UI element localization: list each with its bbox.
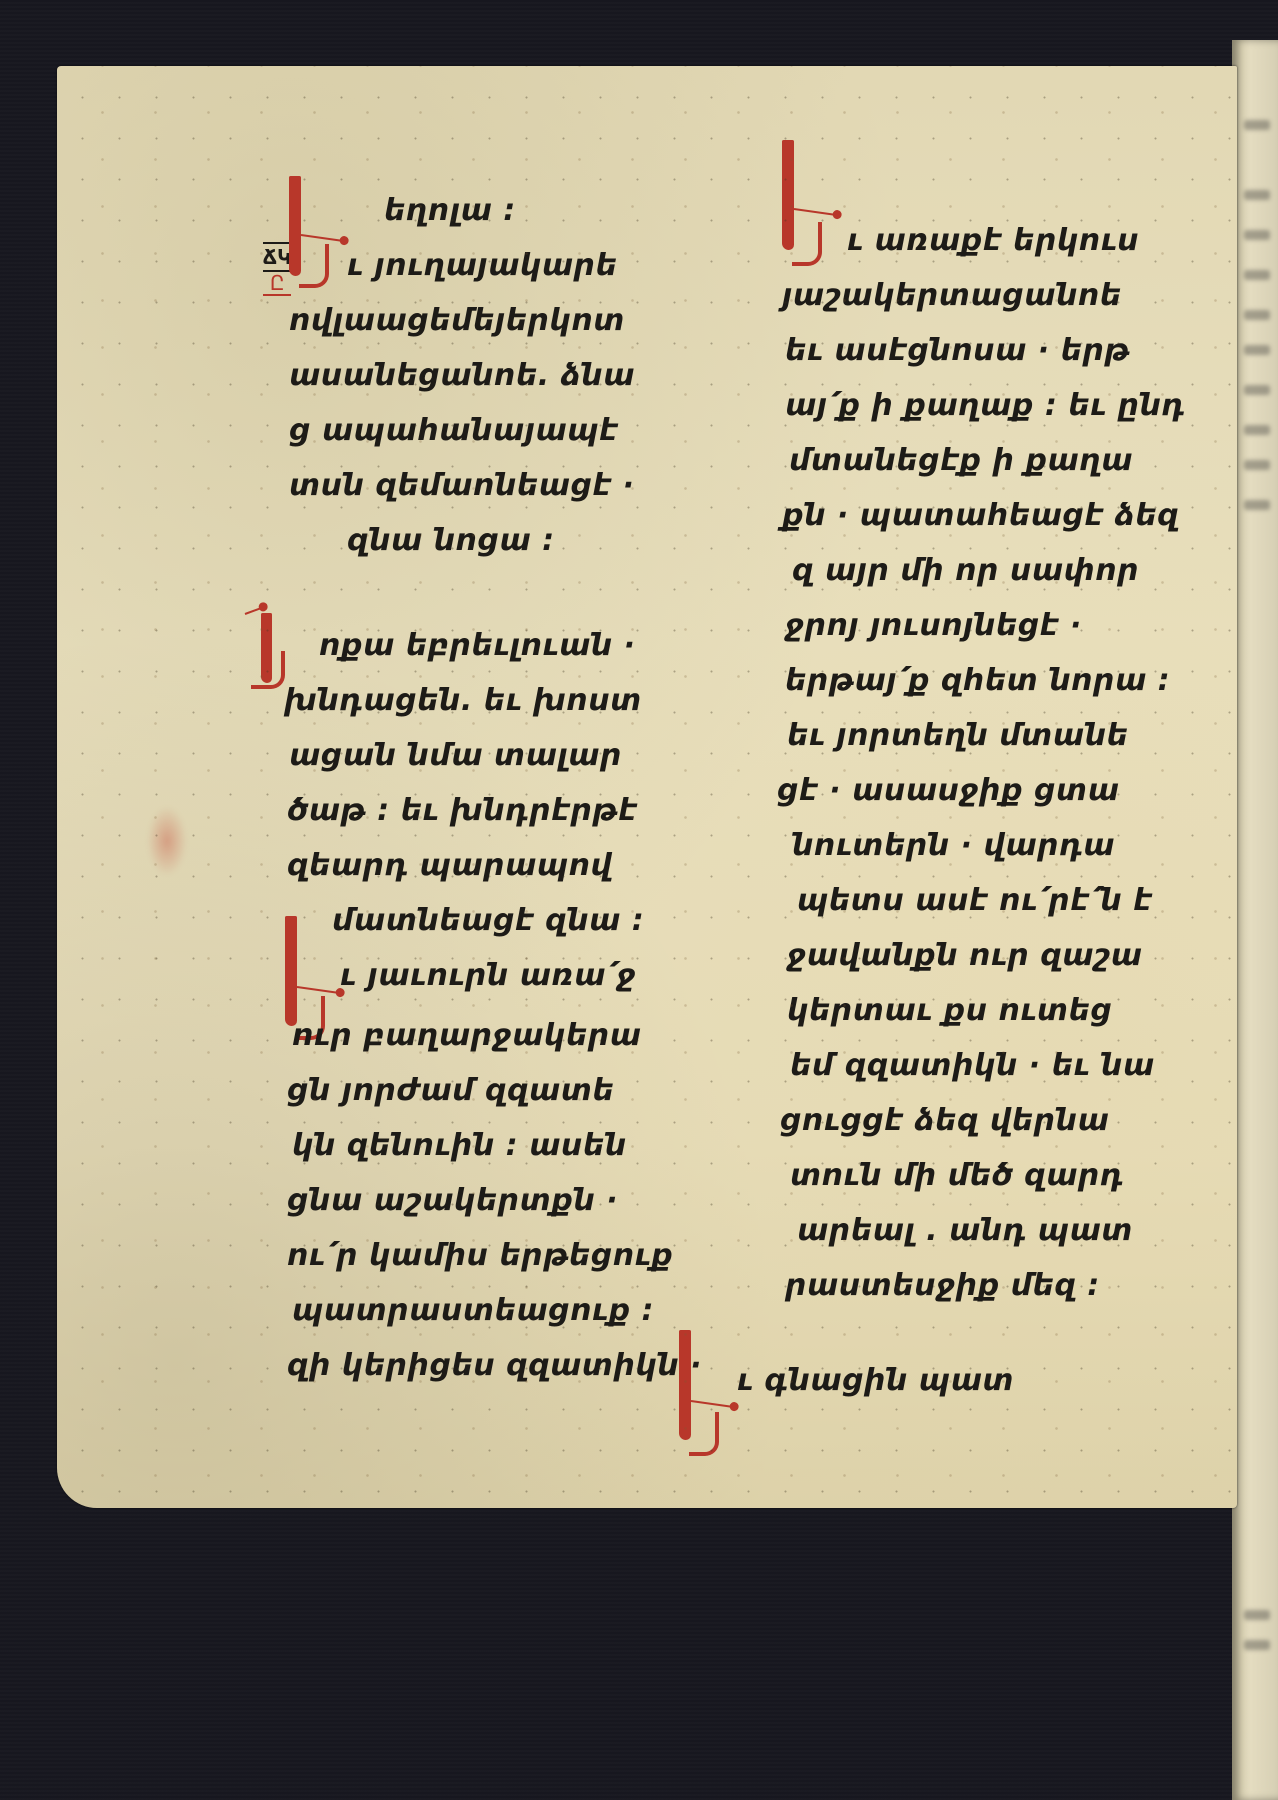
text-line: նուտերն · վարդա [792, 831, 1115, 861]
text-line: ասանեցանոե. ձնա [289, 361, 635, 391]
faded-rubric-smudge [147, 806, 187, 876]
text-line: րաստեսջիք մեզ ։ [785, 1271, 1100, 1301]
manuscript-folio: ՃԿ Ը եղոլա ։ ւ յուղայակարե [57, 66, 1237, 1508]
text-line: ովլաացեմեյերկոտ [289, 306, 625, 336]
text-line: զեարդ պարապով [287, 851, 612, 881]
text-line: պետս ասէ ու՛րէ՛ն է [797, 886, 1153, 916]
text-line: ացան նմա տալար [289, 741, 622, 771]
text-line: ցէ · ասասջիք ցտա [777, 776, 1119, 806]
text-line: ւ առաքէ երկուս [847, 226, 1139, 256]
initial-capital-red [782, 140, 832, 270]
text-line: ց ապահանայապէ [289, 416, 618, 446]
text-line: ցնա աշակերտքն · [287, 1186, 618, 1216]
initial-capital-red [679, 1330, 729, 1460]
text-line: ջավանքն ուր զաշա [787, 941, 1142, 971]
text-line: ուր բաղարջակերա [292, 1021, 641, 1051]
text-line: եմ զզատիկն · եւ նա [790, 1051, 1155, 1081]
text-line: արեալ ․ անդ պատ [797, 1216, 1133, 1246]
text-line: ոքա եբրեւլուան · [319, 631, 636, 661]
text-line: ծաթ ։ եւ խնդրէրթէ [287, 796, 637, 826]
text-line: կերտաւ քս ուտեց [787, 996, 1112, 1026]
text-line: զ այր մի որ սափոր [792, 556, 1139, 586]
text-line: քն · պատահեացէ ձեզ [782, 501, 1179, 531]
text-line: ւ գնացին պատ [737, 1366, 1014, 1396]
text-line: կն զենուին ։ ասեն [292, 1131, 627, 1161]
text-line: երթայ՛ք զհետ նորա ։ [785, 666, 1170, 696]
text-line: տսն զեմաոնեացէ · [289, 471, 635, 501]
text-line: մտանեցէք ի քաղա [789, 446, 1133, 476]
text-line: եւ յորտեղն մտանե [787, 721, 1128, 751]
text-line: ու՛ր կամիս երթեցուք [287, 1241, 673, 1271]
margin-number-black: ՃԿ [263, 242, 291, 272]
text-line: ցուցցէ ձեզ վերնա [780, 1106, 1109, 1136]
text-line: պատրաստեացուք ։ [292, 1296, 654, 1326]
adjacent-page-edge [1232, 40, 1278, 1800]
text-line: ջրոյ յուսոյնեցէ · [785, 611, 1082, 641]
text-line: եղոլա ։ [384, 196, 516, 226]
text-line: խնդացեն. եւ խոստ [284, 686, 642, 716]
margin-number-red: Ը [263, 272, 291, 296]
text-line: զի կերիցես զզատիկն · [287, 1351, 702, 1381]
text-line: այ՛ք ի քաղաք ։ եւ ընդ [785, 391, 1185, 421]
scan-viewport: ՃԿ Ը եղոլա ։ ւ յուղայակարե [0, 0, 1278, 1800]
text-line: ւ յուղայակարե [347, 251, 617, 281]
text-line: զնա նոցա ։ [347, 526, 555, 556]
initial-capital-red [289, 176, 339, 296]
margin-section-number: ՃԿ Ը [263, 242, 291, 296]
text-line: մատնեացէ զնա ։ [332, 906, 644, 936]
text-line: տուն մի մեծ զարդ [790, 1161, 1124, 1191]
text-line: յաշակերտացանոե [782, 281, 1122, 311]
text-line: եւ ասէցնոսա · երթ [785, 336, 1130, 366]
text-line: ւ յաւուրն առա՛ջ [340, 961, 636, 991]
text-line: ցն յորժամ զզատե [287, 1076, 614, 1106]
